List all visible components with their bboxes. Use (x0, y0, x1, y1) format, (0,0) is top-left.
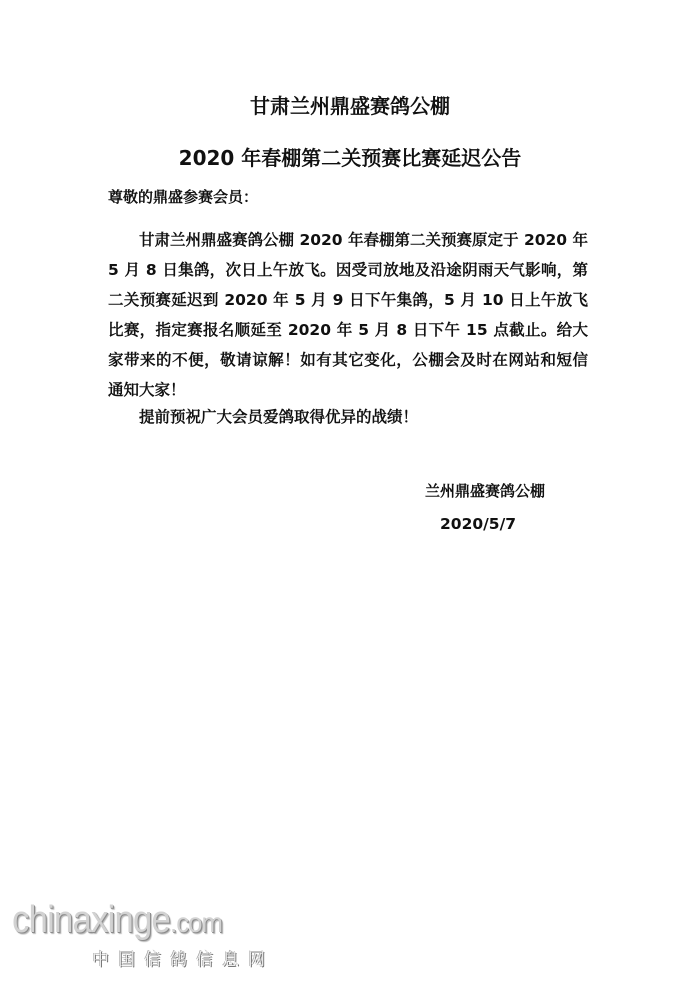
signature: 兰州鼎盛赛鸽公棚 (425, 480, 545, 501)
site-watermark: chinaxinge.com 中国信鸽信息网 (12, 900, 282, 970)
watermark-site-name: 中国信鸽信息网 (92, 945, 282, 970)
salutation: 尊敬的鼎盛参赛会员： (108, 186, 258, 207)
watermark-domain-suffix: .com (170, 907, 222, 938)
notice-body-paragraph: 甘肃兰州鼎盛赛鸽公棚 2020 年春棚第二关预赛原定于 2020 年 5 月 8… (108, 225, 588, 405)
notice-title: 2020 年春棚第二关预赛比赛延迟公告 (0, 142, 700, 171)
notice-date: 2020/5/7 (440, 515, 516, 533)
watermark-domain: chinaxinge.com (12, 900, 260, 943)
organization-title: 甘肃兰州鼎盛赛鸽公棚 (0, 90, 700, 119)
watermark-domain-main: chinaxinge (12, 899, 170, 941)
closing-wish: 提前预祝广大会员爱鸽取得优异的战绩！ (139, 405, 418, 427)
